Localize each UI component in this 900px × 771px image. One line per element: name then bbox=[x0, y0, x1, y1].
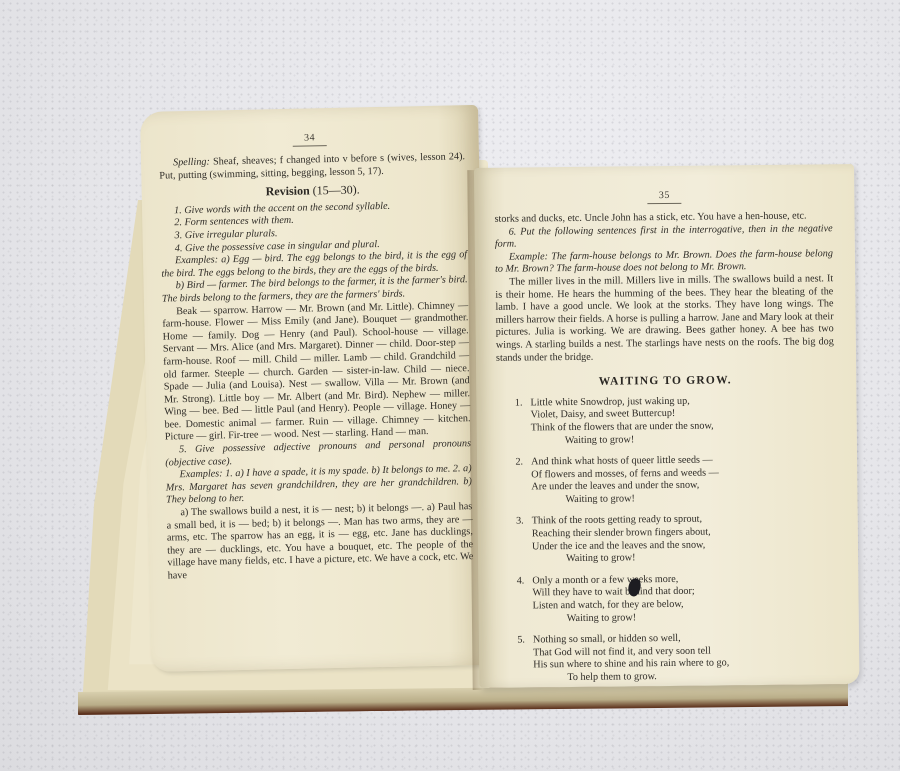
section-heading: Revision (15—30). bbox=[160, 181, 466, 200]
poem-stanza: 4. Only a month or a few weeks more, Wil… bbox=[498, 572, 837, 626]
word-pairs: Beak — sparrow. Harrow — Mr. Brown (and … bbox=[162, 300, 471, 445]
poem-refrain: Waiting to grow! bbox=[531, 491, 835, 507]
spelling-label: Spelling: bbox=[173, 157, 210, 169]
stanza-number: 4. bbox=[498, 575, 533, 626]
examples-5: Examples: 1. a) I have a spade, it is my… bbox=[165, 463, 472, 507]
left-page-text: Spelling: Sheaf, sheaves; f changed into… bbox=[141, 151, 488, 584]
left-page[interactable]: 34 Spelling: Sheaf, sheaves; f changed i… bbox=[140, 105, 490, 672]
poem-refrain: Waiting to grow! bbox=[533, 610, 837, 626]
poem-stanza: 5. Nothing so small, or hidden so well, … bbox=[499, 631, 838, 685]
page-number-rule bbox=[647, 203, 681, 204]
poem-refrain: Waiting to grow! bbox=[532, 550, 836, 566]
example-6: Example: The farm-house belongs to Mr. B… bbox=[495, 248, 833, 277]
section-range: (15—30). bbox=[313, 183, 360, 198]
poem-refrain: To help them to grow. bbox=[533, 669, 837, 685]
exercise-6: 6. Put the following sentences first in … bbox=[495, 223, 833, 252]
spelling-paragraph: Spelling: Sheaf, sheaves; f changed into… bbox=[159, 151, 465, 183]
section-title: Revision bbox=[266, 184, 310, 199]
poem-title: WAITING TO GROW. bbox=[496, 373, 834, 389]
right-page[interactable]: 35 storks and ducks, etc. Uncle John has… bbox=[474, 164, 859, 688]
page-number: 34 bbox=[141, 129, 479, 147]
right-page-text: storks and ducks, etc. Uncle John has a … bbox=[474, 210, 859, 686]
stanza-number: 5. bbox=[499, 635, 534, 686]
practice-sentences: The miller lives in the mill. Millers li… bbox=[495, 273, 834, 365]
page-number: 35 bbox=[474, 188, 854, 203]
poem-stanza: 3. Think of the roots getting ready to s… bbox=[498, 513, 837, 567]
stanza-number: 3. bbox=[498, 516, 533, 567]
poem-stanza: 1. Little white Snowdrop, just waking up… bbox=[496, 394, 835, 448]
poem-refrain: Waiting to grow! bbox=[531, 432, 835, 448]
stanza-number: 1. bbox=[496, 397, 531, 448]
page-number-rule bbox=[293, 145, 327, 147]
drill-text: a) The swallows build a nest, it is — ne… bbox=[166, 501, 474, 583]
poem-stanza: 2. And think what hosts of queer little … bbox=[497, 453, 836, 507]
stanza-number: 2. bbox=[497, 457, 532, 508]
